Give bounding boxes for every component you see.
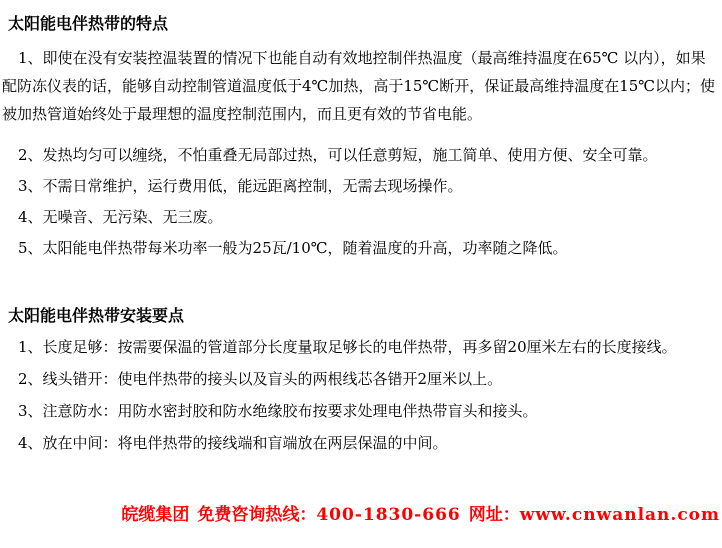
document-page: 太阳能电伴热带的特点 1、即使在没有安装控温装置的情况下也能自动有效地控制伴热温…	[0, 0, 722, 548]
feature-item-5: 5、太阳能电伴热带每米功率一般为25瓦/10℃，随着温度的升高，功率随之降低。	[0, 234, 722, 262]
installation-item-1: 1、长度足够：按需要保温的管道部分长度量取足够长的电伴热带，再多留20厘米左右的…	[0, 333, 722, 361]
footer-contact-line: 皖缆集团免费咨询热线：400-1830-666网址：www.cnwanlan.c…	[0, 506, 720, 524]
feature-item-2: 2、发热均匀可以缠绕，不怕重叠无局部过热，可以任意剪短，施工简单、使用方便、安全…	[0, 141, 722, 169]
footer-hotline-label: 免费咨询热线：	[197, 505, 316, 525]
feature-item-1: 1、即使在没有安装控温装置的情况下也能自动有效地控制伴热温度（最高维持温度在65…	[0, 44, 722, 128]
footer-website-url: www.cnwanlan.com	[520, 505, 720, 525]
features-section-title: 太阳能电伴热带的特点	[0, 15, 722, 32]
installation-section-title: 太阳能电伴热带安装要点	[0, 307, 722, 324]
footer-website-label: 网址：	[469, 505, 520, 525]
feature-item-3: 3、不需日常维护，运行费用低，能远距离控制，无需去现场操作。	[0, 172, 722, 200]
installation-item-3: 3、注意防水：用防水密封胶和防水绝缘胶布按要求处理电伴热带盲头和接头。	[0, 397, 722, 425]
feature-item-4: 4、无噪音、无污染、无三废。	[0, 203, 722, 231]
footer-company-name: 皖缆集团	[121, 505, 189, 525]
installation-item-2: 2、线头错开：使电伴热带的接头以及盲头的两根线芯各错开2厘米以上。	[0, 365, 722, 393]
installation-item-4: 4、放在中间：将电伴热带的接线端和盲端放在两层保温的中间。	[0, 429, 722, 457]
footer-hotline-number: 400-1830-666	[316, 505, 460, 525]
